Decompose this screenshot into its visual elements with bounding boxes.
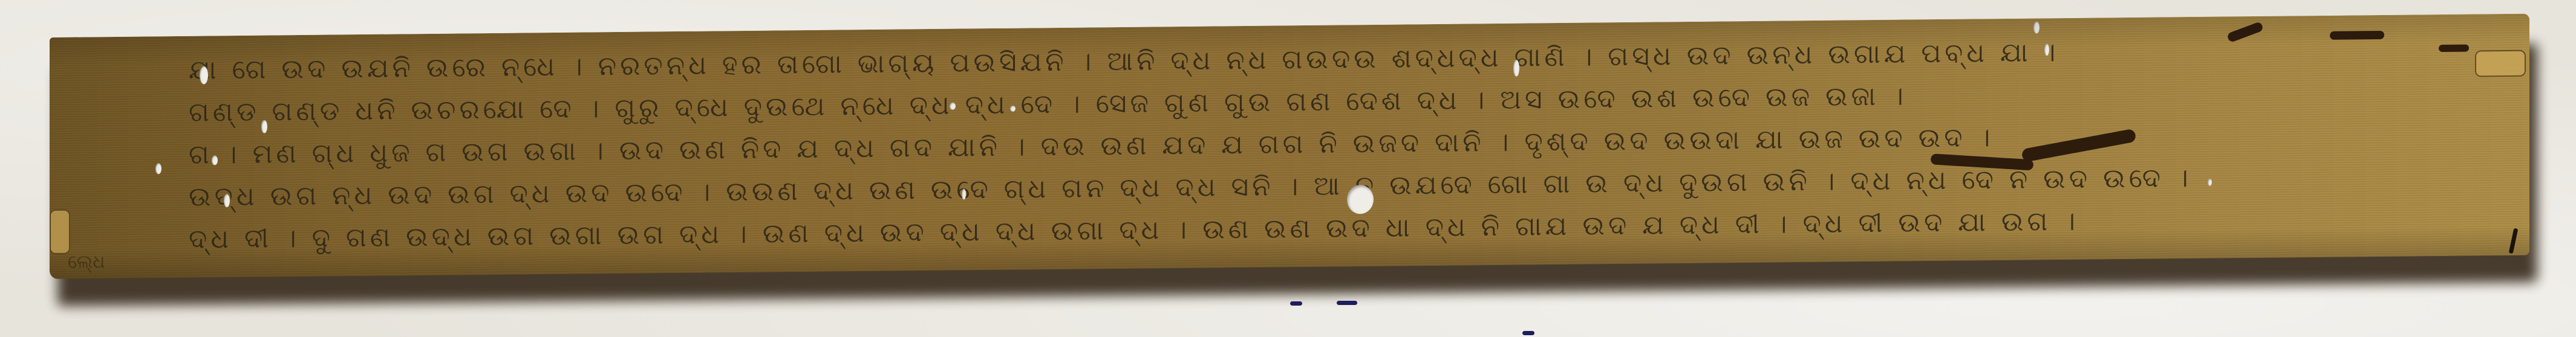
pin-hole xyxy=(1513,60,1519,77)
edge-damage xyxy=(2475,50,2526,77)
background-ink-mark xyxy=(1522,331,1534,335)
background-ink-mark xyxy=(1337,301,1357,305)
pin-hole xyxy=(2044,43,2049,56)
pin-hole xyxy=(962,188,966,199)
pin-hole xyxy=(224,194,230,207)
pin-hole xyxy=(2033,21,2040,33)
pin-hole xyxy=(155,163,161,174)
pin-hole xyxy=(1010,106,1016,112)
left-margin-annotation: ଲେ୍ଧ xyxy=(68,251,105,273)
worm-damage-channel xyxy=(2330,31,2384,40)
photo-background: ଯା ଗେ ଉଦ ଉଯନି ଉରେ ନ୍ଧେ । ନରତନ୍ଧ ହର ତାଗୋ … xyxy=(0,0,2576,337)
worm-damage-channel xyxy=(2439,45,2469,52)
pin-hole xyxy=(200,66,208,84)
pin-hole xyxy=(261,120,267,133)
background-ink-mark xyxy=(1290,301,1302,306)
pin-hole xyxy=(950,103,956,110)
pin-hole xyxy=(212,155,218,165)
edge-damage xyxy=(50,210,70,254)
binding-hole xyxy=(1347,185,1374,214)
end-of-text-stroke xyxy=(2509,228,2519,254)
palm-leaf-folio: ଯା ଗେ ଉଦ ଉଯନି ଉରେ ନ୍ଧେ । ନରତନ୍ଧ ହର ତାଗୋ … xyxy=(50,14,2529,279)
pin-hole xyxy=(2208,179,2212,186)
